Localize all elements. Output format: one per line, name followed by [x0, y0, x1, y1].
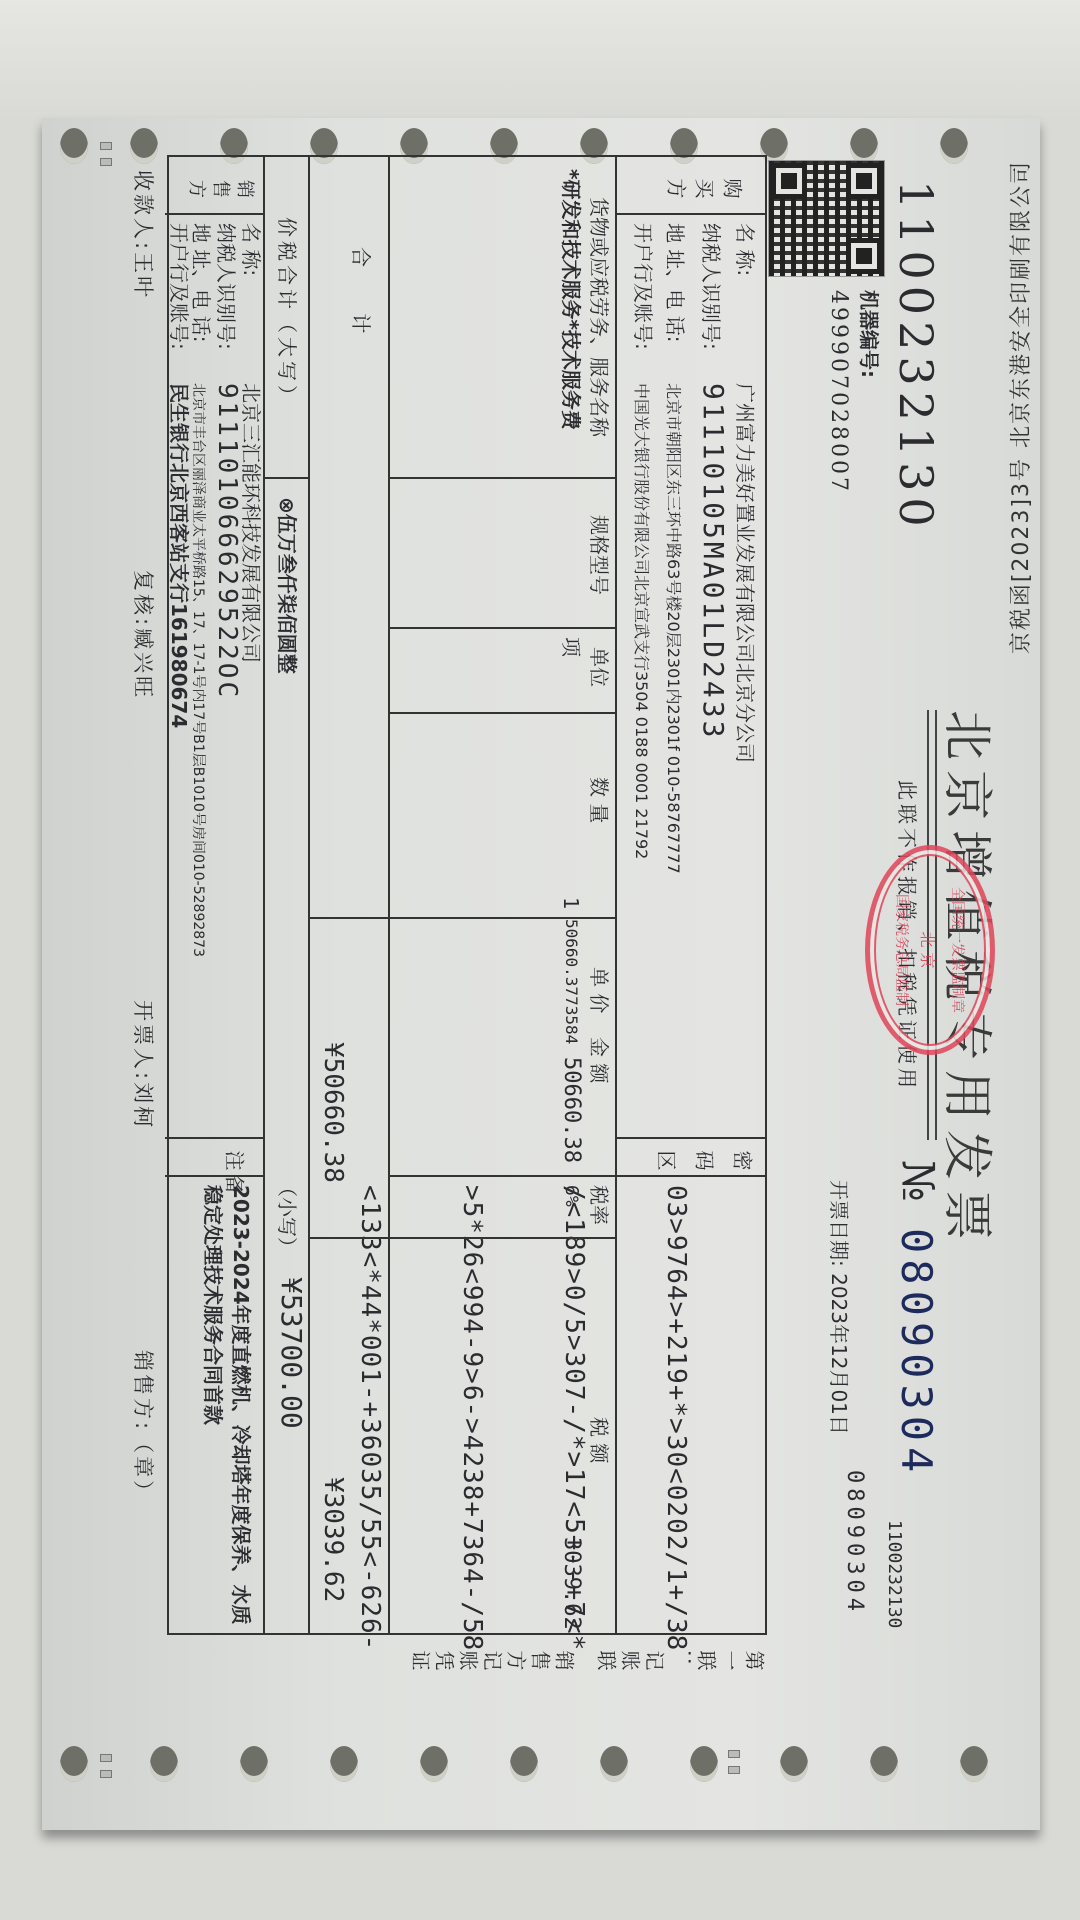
copy-label-part1: 第一联: — [682, 1645, 765, 1674]
buyer-address-row: 地 址、电 话:北京市朝阳区东三环中路63号楼20层2301内2301f 010… — [661, 223, 687, 874]
total-amount: ¥50660.38 — [321, 1042, 345, 1183]
cipher-area-label: 密码区 — [639, 1147, 753, 1171]
buyer-bank-label: 开户行及账号: — [631, 223, 655, 383]
seller-taxid-label: 纳税人识别号: — [214, 223, 238, 383]
perforation-hole — [60, 1746, 88, 1782]
buyer-address-label: 地 址、电 话: — [663, 223, 687, 383]
buyer-address: 北京市朝阳区东三环中路63号楼20层2301内2301f 010-5876777… — [664, 383, 683, 874]
total-tax: ¥3039.62 — [321, 1477, 345, 1602]
item-name: *研发和技术服务*技术服务费 — [559, 169, 583, 430]
buyer-name: 广州富力美好置业发展有限公司北京分公司 — [733, 383, 757, 763]
cipher-line: <133<*44*001-+36035/55<-626- — [353, 1185, 387, 1651]
item-amount: 50660.38 — [559, 1057, 583, 1163]
perforation-hole — [960, 1746, 988, 1782]
stamp-text-bottom: 国家税务总局监制 — [892, 860, 912, 1040]
machine-number-label: 机器编号: — [856, 290, 885, 378]
col-header-amount: 金 额 — [587, 1037, 611, 1083]
perforation-hole — [330, 1746, 358, 1782]
seller-taxid: 911101066629522OC — [212, 383, 242, 700]
buyer-taxid-row: 纳税人识别号:91110105MA01LD2433 — [699, 223, 725, 740]
seller-bank-label: 开户行及账号: — [167, 223, 191, 383]
stamp-text-top: 全国统一发票监制章 — [948, 860, 968, 1040]
copy-label-part3: 销售方记账凭证 — [407, 1645, 575, 1674]
number-symbol: № — [892, 1160, 943, 1202]
col-header-tax: 税 额 — [587, 1417, 611, 1463]
reviewer-name: 臧兴旺 — [131, 628, 155, 700]
invoice-code: 1100232130 — [889, 180, 943, 533]
perforation-hole — [690, 1746, 718, 1782]
perforation-hole — [780, 1746, 808, 1782]
stamp-text-middle: 北 京 — [917, 860, 940, 1040]
copy-label-part2: 记账联 — [593, 1645, 665, 1674]
side-invoice-number: 08090304 — [842, 1470, 867, 1616]
seller-taxid-row: 纳税人识别号:911101066629522OC — [214, 223, 239, 700]
remarks-text: 2023-2024年度直燃机、冷却塔年度保养、水质稳定处理技术服务合同首款 — [199, 1185, 255, 1625]
reviewer: 复核:臧兴旺 — [129, 570, 159, 700]
cipher-line: 03>9764>+219+*>30<0202/1+/38 — [659, 1185, 693, 1651]
seller-seal: 销售方:（章） — [129, 1350, 159, 1504]
issue-date-label: 开票日期: — [827, 1180, 851, 1267]
buyer-bank-row: 开户行及账号:中国光大银行股份有限公司北京宣武支行3504 0188 0001 … — [629, 223, 655, 859]
vat-invoice: 京税函[2023]3号 北京东港安全印刷有限公司 1100232130 机器编号… — [105, 100, 1035, 1720]
buyer-name-label: 名 称: — [733, 223, 757, 383]
tear-mark — [100, 1754, 112, 1762]
cipher-area: 03>9764>+219+*>30<0202/1+/38 /<189>0/5>3… — [285, 1185, 761, 1651]
printer-note: 京税函[2023]3号 北京东港安全印刷有限公司 — [1004, 160, 1035, 654]
perforation-hole — [510, 1746, 538, 1782]
buyer-name-row: 名 称:广州富力美好置业发展有限公司北京分公司 — [733, 223, 757, 763]
invoice-number: 08090304 — [892, 1228, 941, 1478]
seller-address: 北京市丰台区丽泽商业太平桥路15、17、17-1号内17号B1层B1010号房间… — [190, 383, 206, 957]
issuer-label: 开票人: — [131, 1000, 155, 1082]
payee-name: 王叶 — [131, 252, 155, 300]
seller-section-label: 销售方 — [183, 175, 255, 199]
perforation-hole — [240, 1746, 268, 1782]
col-header-name: 货物或应税劳务、服务名称 — [587, 197, 611, 437]
total-label: 合 计 — [349, 247, 373, 353]
seller-name-row: 名 称:北京三汇能环科技发展有限公司 — [239, 223, 263, 663]
col-header-qty: 数 量 — [587, 777, 611, 823]
buyer-section-label: 购买方 — [659, 175, 743, 199]
col-header-unit: 单位 — [587, 647, 611, 687]
col-header-spec: 规格型号 — [587, 515, 611, 595]
perforation-hole — [600, 1746, 628, 1782]
invoice-table: 购买方 名 称:广州富力美好置业发展有限公司北京分公司 纳税人识别号:91110… — [167, 155, 767, 1635]
item-tax-rate: 6% — [559, 1185, 583, 1207]
perforation-hole — [870, 1746, 898, 1782]
item-qty: 1 — [559, 897, 583, 909]
seller-name: 北京三汇能环科技发展有限公司 — [239, 383, 263, 663]
perforation-hole — [60, 128, 88, 164]
issuer: 开票人:刘柯 — [129, 1000, 159, 1130]
side-invoice-code: 1100232130 — [884, 1520, 905, 1628]
grand-total-figures: ¥53700.00 — [279, 1277, 303, 1429]
payee: 收款人:王叶 — [129, 170, 159, 300]
tear-mark — [728, 1766, 740, 1774]
issue-date-value: 2023年12月01日 — [827, 1273, 851, 1435]
seller-bank: 民生银行北京西客站支行161980674 — [167, 383, 191, 728]
machine-number: 499907028007 — [826, 290, 851, 494]
seller-address-label: 地 址、电 话: — [189, 223, 213, 383]
issue-date: 开票日期: 2023年12月01日 — [826, 1180, 855, 1435]
item-unit: 项 — [559, 637, 583, 657]
grand-total-words: ⊗伍万叁仟柒佰圆整 — [275, 497, 299, 674]
tear-mark — [728, 1750, 740, 1758]
supervision-stamp: 全国统一发票监制章 北 京 国家税务总局监制 — [865, 845, 995, 1055]
buyer-taxid-label: 纳税人识别号: — [699, 223, 723, 383]
payee-label: 收款人: — [131, 170, 155, 252]
buyer-taxid: 91110105MA01LD2433 — [697, 383, 730, 740]
item-unit-price: 50660.3773584 — [559, 919, 583, 1044]
cipher-line: >5*26<994-9>6->4238+7364-/58 — [455, 1185, 489, 1651]
qr-code — [768, 160, 885, 277]
reviewer-label: 复核: — [131, 570, 155, 628]
tear-mark — [100, 1770, 112, 1778]
perforation-hole — [150, 1746, 178, 1782]
grand-total-small-label: （小写） — [275, 1177, 299, 1257]
seller-bank-row: 开户行及账号:民生银行北京西客站支行161980674 — [167, 223, 191, 728]
col-header-price: 单 价 — [587, 967, 611, 1013]
item-tax: 3039.62 — [559, 1537, 583, 1630]
seller-name-label: 名 称: — [239, 223, 263, 383]
buyer-bank: 中国光大银行股份有限公司北京宣武支行3504 0188 0001 21792 — [632, 383, 651, 859]
perforation-hole — [420, 1746, 448, 1782]
grand-total-label: 价税合计（大写） — [275, 217, 299, 409]
issuer-name: 刘柯 — [131, 1082, 155, 1130]
col-header-tax-rate: 税率 — [587, 1185, 611, 1225]
